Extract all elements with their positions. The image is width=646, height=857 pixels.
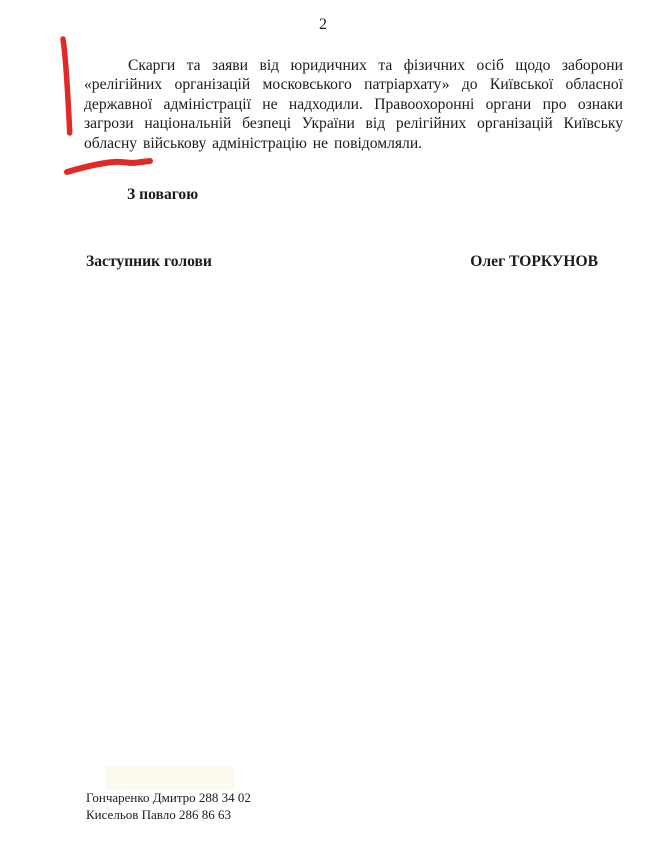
red-horizontal-mark — [67, 161, 150, 172]
signatory-name: Олег ТОРКУНОВ — [470, 253, 598, 271]
page-number: 2 — [0, 16, 646, 34]
faint-highlight-artifact — [105, 766, 235, 790]
contact-line: Кисельов Павло 286 86 63 — [86, 806, 251, 823]
red-vertical-mark — [63, 39, 70, 133]
contact-line: Гончаренко Дмитро 288 34 02 — [86, 789, 251, 806]
closing-salutation: З повагою — [127, 186, 198, 204]
signature-row: Заступник голови Олег ТОРКУНОВ — [86, 253, 598, 271]
contact-block: Гончаренко Дмитро 288 34 02 Кисельов Пав… — [86, 789, 251, 823]
body-paragraph: Скарги та заяви від юридичних та фізични… — [84, 56, 623, 153]
signatory-title: Заступник голови — [86, 253, 212, 271]
document-page: 2 Скарги та заяви від юридичних та фізич… — [0, 0, 646, 857]
